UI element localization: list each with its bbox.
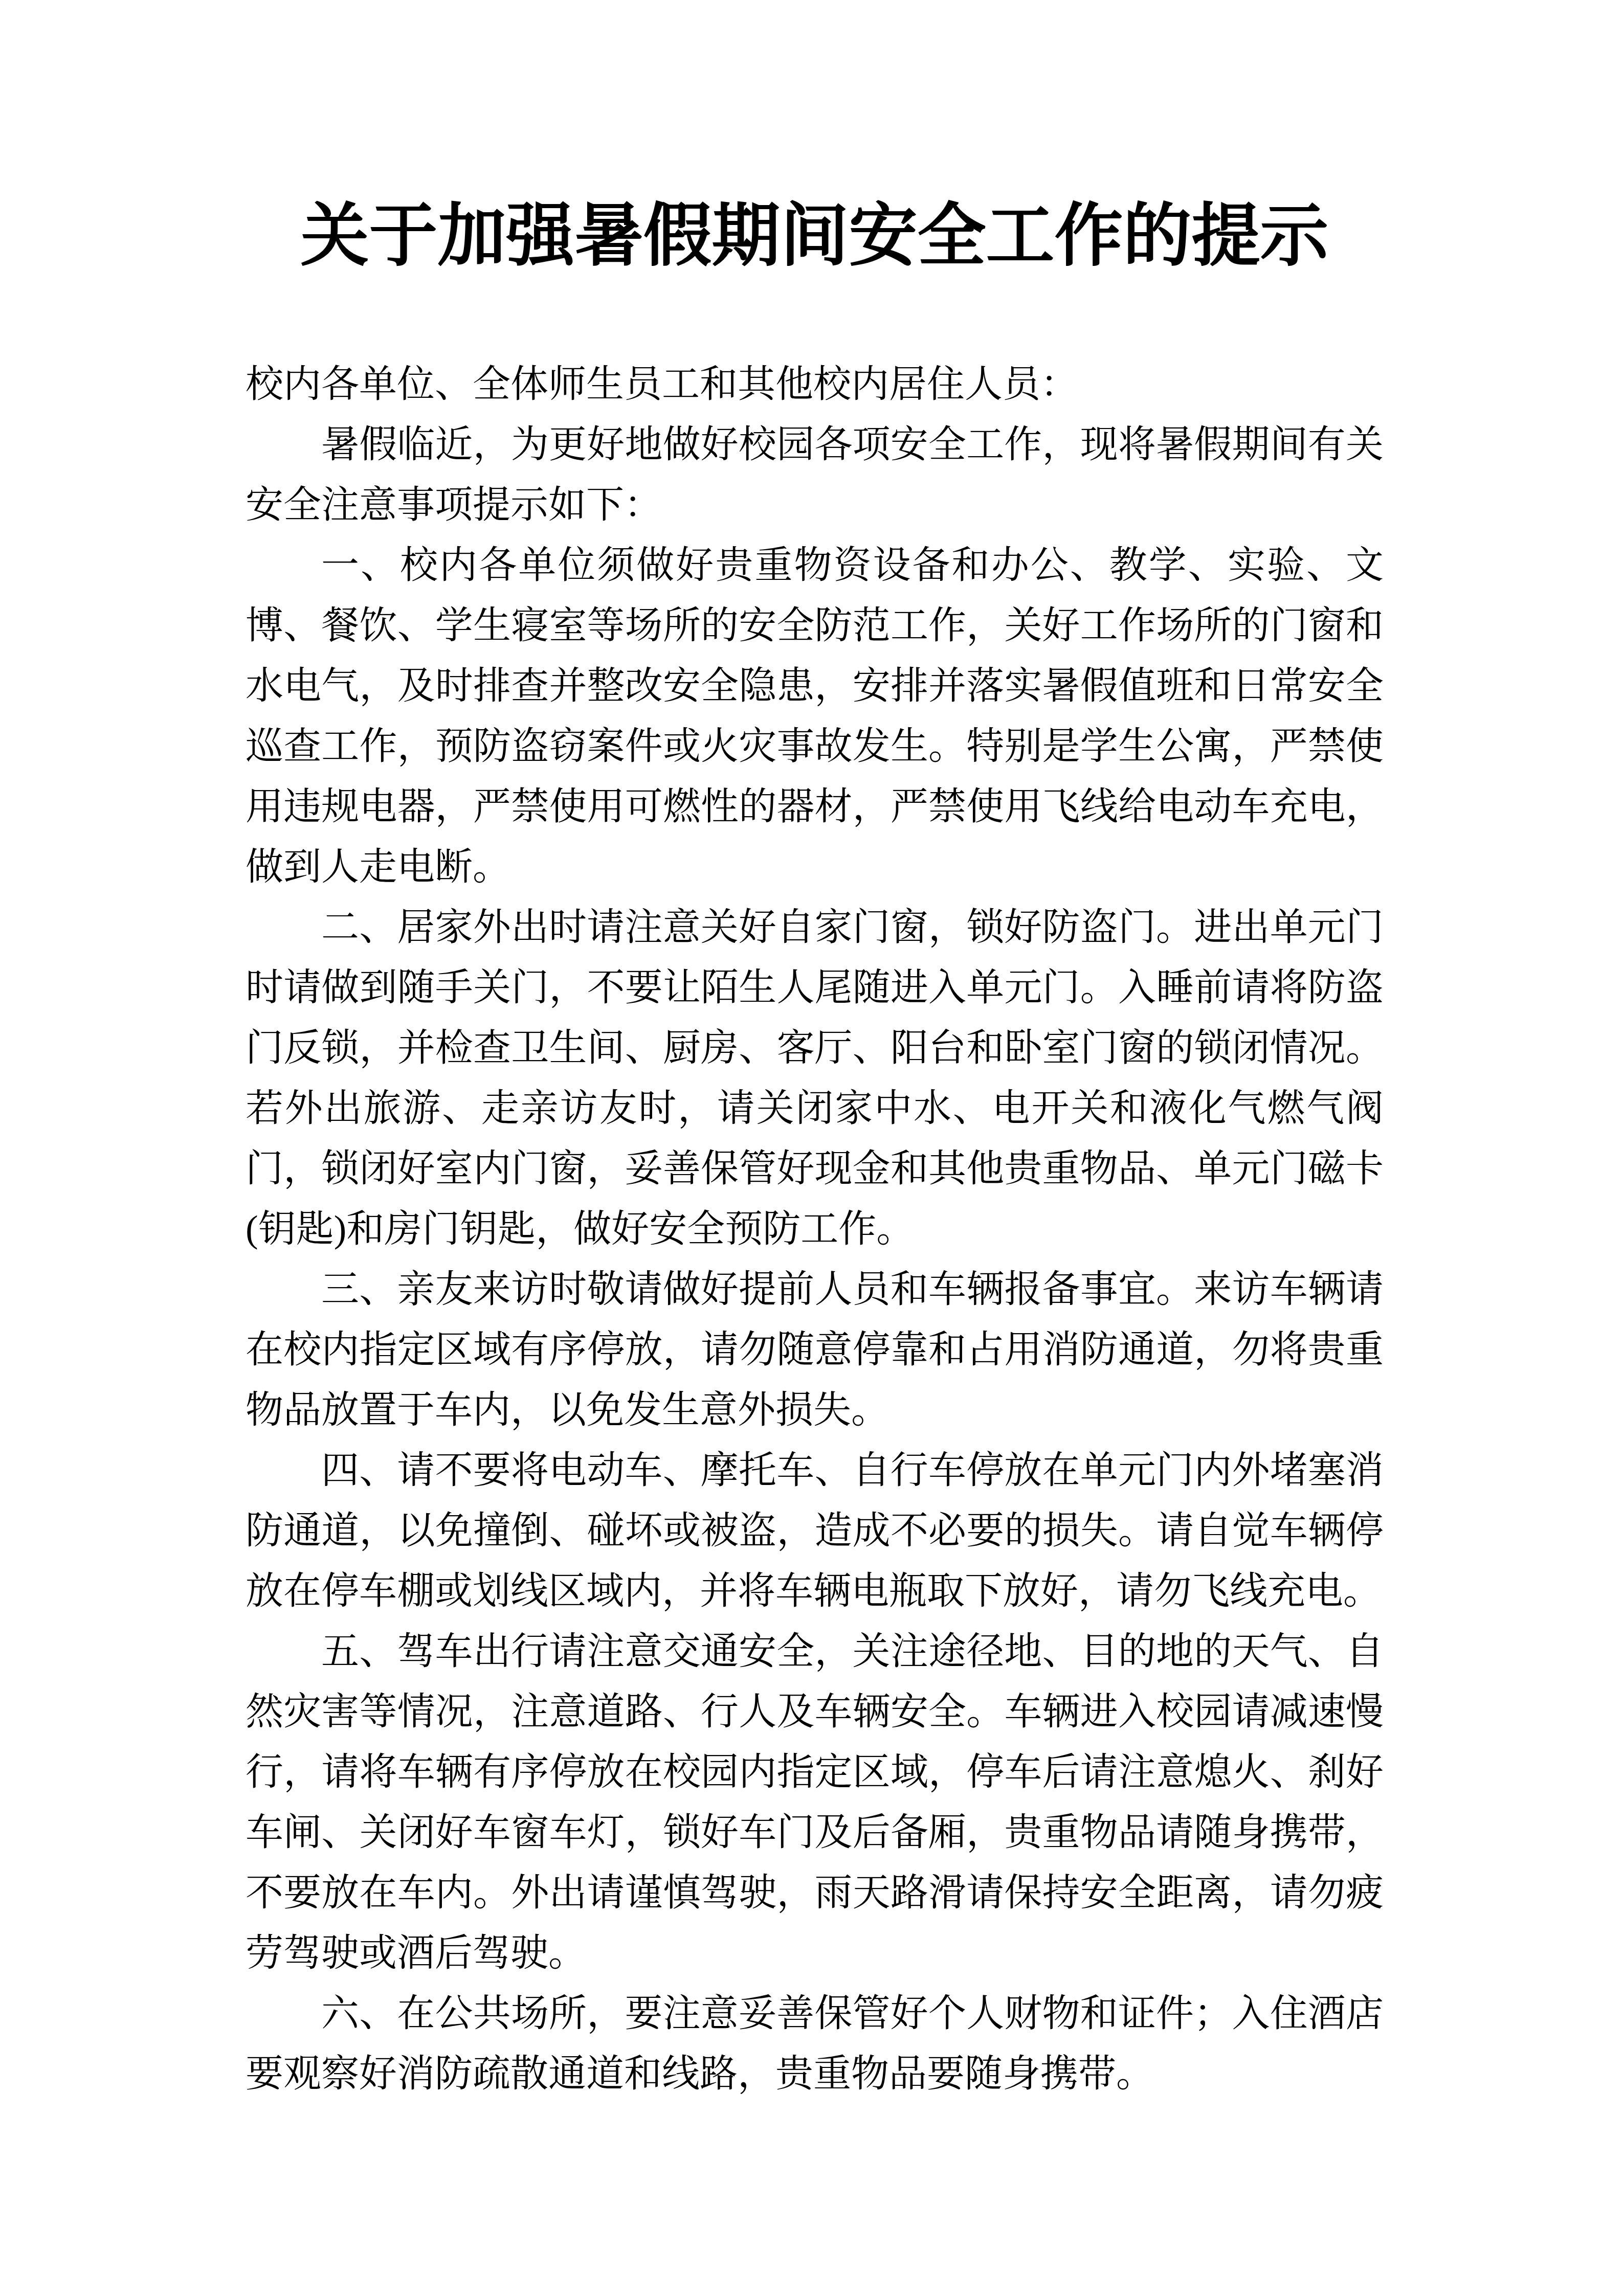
paragraph-item-1: 一、校内各单位须做好贵重物资设备和办公、教学、实验、文博、餐饮、学生寝室等场所的… bbox=[246, 535, 1384, 897]
paragraph-item-5: 五、驾车出行请注意交通安全，关注途径地、目的地的天气、自然灾害等情况，注意道路、… bbox=[246, 1622, 1384, 1984]
paragraph-item-4: 四、请不要将电动车、摩托车、自行车停放在单元门内外堵塞消防通道，以免撞倒、碰坏或… bbox=[246, 1440, 1384, 1622]
paragraph-item-3: 三、亲友来访时敬请做好提前人员和车辆报备事宜。来访车辆请在校内指定区域有序停放，… bbox=[246, 1259, 1384, 1440]
paragraph-item-6: 六、在公共场所，要注意妥善保管好个人财物和证件；入住酒店要观察好消防疏散通道和线… bbox=[246, 1984, 1384, 2104]
document-page: 关于加强暑假期间安全工作的提示 校内各单位、全体师生员工和其他校内居住人员： 暑… bbox=[0, 0, 1624, 2296]
document-title: 关于加强暑假期间安全工作的提示 bbox=[246, 194, 1384, 279]
paragraph-salutation: 校内各单位、全体师生员工和其他校内居住人员： bbox=[246, 354, 1384, 415]
paragraph-intro: 暑假临近，为更好地做好校园各项安全工作，现将暑假期间有关安全注意事项提示如下： bbox=[246, 415, 1384, 535]
paragraph-item-2: 二、居家外出时请注意关好自家门窗，锁好防盗门。进出单元门时请做到随手关门，不要让… bbox=[246, 897, 1384, 1259]
